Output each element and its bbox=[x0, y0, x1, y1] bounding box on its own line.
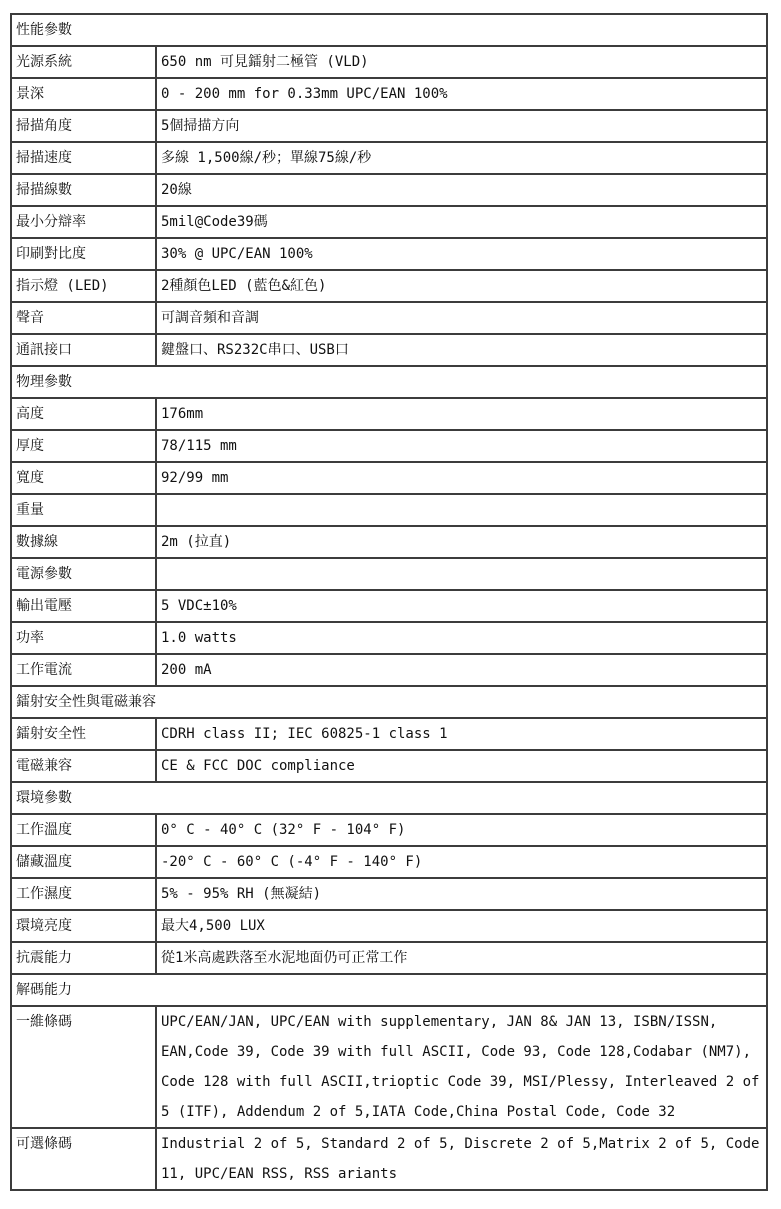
spec-label: 指示燈 (LED) bbox=[11, 270, 156, 302]
spec-label: 一維條碼 bbox=[11, 1006, 156, 1128]
spec-label: 寬度 bbox=[11, 462, 156, 494]
spec-label: 環境亮度 bbox=[11, 910, 156, 942]
spec-value: 78/115 mm bbox=[156, 430, 767, 462]
table-row: 鐳射安全性CDRH class II; IEC 60825-1 class 1 bbox=[11, 718, 767, 750]
table-row: 高度176mm bbox=[11, 398, 767, 430]
spec-value bbox=[156, 558, 767, 590]
table-row: 通訊接口鍵盤口、RS232C串口、USB口 bbox=[11, 334, 767, 366]
section-header-row: 鐳射安全性與電磁兼容 bbox=[11, 686, 767, 718]
table-row: 工作濕度5% - 95% RH (無凝結) bbox=[11, 878, 767, 910]
table-row: 儲藏溫度-20° C - 60° C (-4° F - 140° F) bbox=[11, 846, 767, 878]
spec-label: 景深 bbox=[11, 78, 156, 110]
spec-value: 多線 1,500線/秒；單線75線/秒 bbox=[156, 142, 767, 174]
spec-label: 功率 bbox=[11, 622, 156, 654]
table-row: 指示燈 (LED)2種顏色LED (藍色&紅色) bbox=[11, 270, 767, 302]
spec-value: 200 mA bbox=[156, 654, 767, 686]
section-header-row: 解碼能力 bbox=[11, 974, 767, 1006]
spec-label: 電源參數 bbox=[11, 558, 156, 590]
table-row: 工作溫度0° C - 40° C (32° F - 104° F) bbox=[11, 814, 767, 846]
table-row: 電源參數 bbox=[11, 558, 767, 590]
spec-table: 性能參數光源系統650 nm 可見鐳射二極管 (VLD)景深0 - 200 mm… bbox=[10, 13, 768, 1191]
spec-value: 176mm bbox=[156, 398, 767, 430]
table-row: 印刷對比度30% @ UPC/EAN 100% bbox=[11, 238, 767, 270]
table-row: 光源系統650 nm 可見鐳射二極管 (VLD) bbox=[11, 46, 767, 78]
table-row: 數據線2m (拉直) bbox=[11, 526, 767, 558]
spec-label: 鐳射安全性 bbox=[11, 718, 156, 750]
spec-label: 輸出電壓 bbox=[11, 590, 156, 622]
table-row: 聲音可調音頻和音調 bbox=[11, 302, 767, 334]
spec-label: 工作濕度 bbox=[11, 878, 156, 910]
spec-value: 5個掃描方向 bbox=[156, 110, 767, 142]
spec-value: 650 nm 可見鐳射二極管 (VLD) bbox=[156, 46, 767, 78]
spec-value: 5 VDC±10% bbox=[156, 590, 767, 622]
table-row: 一維條碼UPC/EAN/JAN, UPC/EAN with supplement… bbox=[11, 1006, 767, 1128]
spec-label: 掃描線數 bbox=[11, 174, 156, 206]
spec-label: 最小分辯率 bbox=[11, 206, 156, 238]
spec-table-body: 性能參數光源系統650 nm 可見鐳射二極管 (VLD)景深0 - 200 mm… bbox=[11, 14, 767, 1190]
table-row: 厚度78/115 mm bbox=[11, 430, 767, 462]
spec-value: 可調音頻和音調 bbox=[156, 302, 767, 334]
spec-label: 重量 bbox=[11, 494, 156, 526]
table-row: 功率1.0 watts bbox=[11, 622, 767, 654]
spec-value: 鍵盤口、RS232C串口、USB口 bbox=[156, 334, 767, 366]
table-row: 最小分辯率5mil@Code39碼 bbox=[11, 206, 767, 238]
table-row: 掃描角度5個掃描方向 bbox=[11, 110, 767, 142]
section-header-label: 物理參數 bbox=[11, 366, 767, 398]
spec-value: -20° C - 60° C (-4° F - 140° F) bbox=[156, 846, 767, 878]
table-row: 環境亮度最大4,500 LUX bbox=[11, 910, 767, 942]
section-header-row: 環境參數 bbox=[11, 782, 767, 814]
spec-label: 掃描速度 bbox=[11, 142, 156, 174]
section-header-row: 性能參數 bbox=[11, 14, 767, 46]
spec-value: 0° C - 40° C (32° F - 104° F) bbox=[156, 814, 767, 846]
spec-label: 工作溫度 bbox=[11, 814, 156, 846]
spec-label: 掃描角度 bbox=[11, 110, 156, 142]
spec-value: 2m (拉直) bbox=[156, 526, 767, 558]
spec-value: 1.0 watts bbox=[156, 622, 767, 654]
spec-value: Industrial 2 of 5, Standard 2 of 5, Disc… bbox=[156, 1128, 767, 1190]
spec-label: 通訊接口 bbox=[11, 334, 156, 366]
spec-label: 抗震能力 bbox=[11, 942, 156, 974]
spec-value: 最大4,500 LUX bbox=[156, 910, 767, 942]
spec-value: 30% @ UPC/EAN 100% bbox=[156, 238, 767, 270]
table-row: 電磁兼容CE & FCC DOC compliance bbox=[11, 750, 767, 782]
table-row: 重量 bbox=[11, 494, 767, 526]
spec-value: UPC/EAN/JAN, UPC/EAN with supplementary,… bbox=[156, 1006, 767, 1128]
table-row: 抗震能力從1米高處跌落至水泥地面仍可正常工作 bbox=[11, 942, 767, 974]
table-row: 寬度92/99 mm bbox=[11, 462, 767, 494]
spec-label: 印刷對比度 bbox=[11, 238, 156, 270]
spec-label: 數據線 bbox=[11, 526, 156, 558]
spec-value: 從1米高處跌落至水泥地面仍可正常工作 bbox=[156, 942, 767, 974]
section-header-label: 鐳射安全性與電磁兼容 bbox=[11, 686, 767, 718]
table-row: 可選條碼Industrial 2 of 5, Standard 2 of 5, … bbox=[11, 1128, 767, 1190]
spec-value: 2種顏色LED (藍色&紅色) bbox=[156, 270, 767, 302]
table-row: 工作電流200 mA bbox=[11, 654, 767, 686]
spec-label: 工作電流 bbox=[11, 654, 156, 686]
spec-value bbox=[156, 494, 767, 526]
spec-label: 電磁兼容 bbox=[11, 750, 156, 782]
spec-value: 0 - 200 mm for 0.33mm UPC/EAN 100% bbox=[156, 78, 767, 110]
table-row: 掃描線數20線 bbox=[11, 174, 767, 206]
section-header-row: 物理參數 bbox=[11, 366, 767, 398]
spec-value: CE & FCC DOC compliance bbox=[156, 750, 767, 782]
section-header-label: 解碼能力 bbox=[11, 974, 767, 1006]
spec-sheet-page: 性能參數光源系統650 nm 可見鐳射二極管 (VLD)景深0 - 200 mm… bbox=[0, 0, 781, 1209]
spec-label: 厚度 bbox=[11, 430, 156, 462]
spec-value: 92/99 mm bbox=[156, 462, 767, 494]
table-row: 輸出電壓5 VDC±10% bbox=[11, 590, 767, 622]
spec-label: 高度 bbox=[11, 398, 156, 430]
spec-value: CDRH class II; IEC 60825-1 class 1 bbox=[156, 718, 767, 750]
spec-label: 光源系統 bbox=[11, 46, 156, 78]
section-header-label: 環境參數 bbox=[11, 782, 767, 814]
table-row: 景深0 - 200 mm for 0.33mm UPC/EAN 100% bbox=[11, 78, 767, 110]
table-row: 掃描速度多線 1,500線/秒；單線75線/秒 bbox=[11, 142, 767, 174]
spec-value: 20線 bbox=[156, 174, 767, 206]
spec-value: 5mil@Code39碼 bbox=[156, 206, 767, 238]
spec-value: 5% - 95% RH (無凝結) bbox=[156, 878, 767, 910]
section-header-label: 性能參數 bbox=[11, 14, 767, 46]
spec-label: 可選條碼 bbox=[11, 1128, 156, 1190]
spec-label: 儲藏溫度 bbox=[11, 846, 156, 878]
spec-label: 聲音 bbox=[11, 302, 156, 334]
